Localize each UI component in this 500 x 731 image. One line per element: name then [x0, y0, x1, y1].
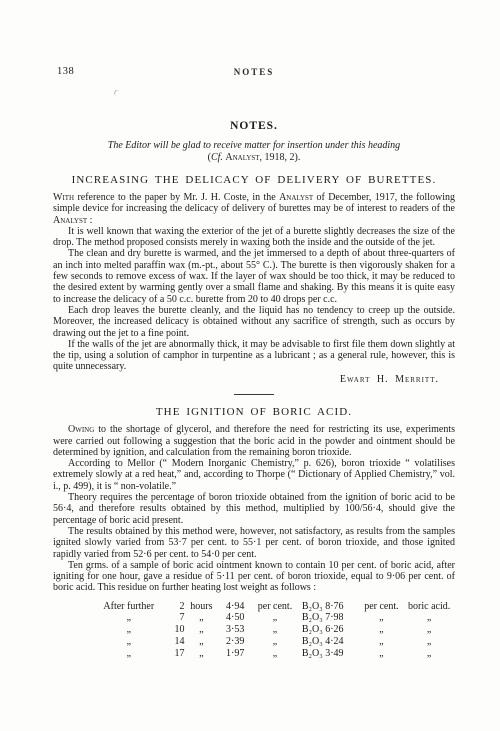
table-cell: „ [252, 612, 298, 624]
table-cell: „ [403, 624, 455, 636]
table-cell: 2·39 [218, 636, 252, 648]
running-title: NOTES [53, 67, 455, 77]
table-cell: 4·94 [218, 601, 252, 613]
table-row: After further 2 hours 4·94 per cent. B₂O… [93, 601, 455, 613]
table-cell: „ [403, 636, 455, 648]
table-cell: „ [360, 624, 404, 636]
paragraph-burettes-1: With reference to the paper by Mr. J. H.… [53, 192, 455, 226]
table-cell: „ [93, 636, 165, 648]
analyst-smallcaps: Analyst [225, 152, 259, 163]
table-cell: „ [93, 612, 165, 624]
paragraph-burettes-5: If the walls of the jet are abnormally t… [53, 339, 455, 373]
table-cell: „ [403, 648, 455, 660]
table-cell: B₂O₃ 4·24 [298, 636, 360, 648]
editor-note: The Editor will be glad to receive matte… [53, 140, 455, 152]
editor-note-citation: (Cf. Analyst, 1918, 2). [53, 152, 455, 164]
section-divider-rule [234, 394, 274, 395]
table-cell: B₂O₃ 6·26 [298, 624, 360, 636]
table-cell: „ [184, 612, 218, 624]
table-cell: 3·53 [218, 624, 252, 636]
table-cell: „ [93, 648, 165, 660]
notes-section-title: NOTES. [53, 120, 455, 132]
paragraph-boric-5: Ten grms. of a sample of boric acid oint… [53, 560, 455, 594]
table-cell: „ [360, 648, 404, 660]
article-heading-boric-acid: THE IGNITION OF BORIC ACID. [53, 406, 455, 418]
table-cell: per cent. [252, 601, 298, 613]
paragraph-burettes-4: Each drop leaves the burette cleanly, an… [53, 305, 455, 339]
scan-artifact [113, 89, 125, 99]
paragraph-boric-3: Theory requires the percentage of boron … [53, 492, 455, 526]
table-cell: 7 [165, 612, 185, 624]
table-cell: „ [252, 624, 298, 636]
paragraph-boric-4: The results obtained by this method were… [53, 526, 455, 560]
table-row: „ 14 „ 2·39 „ B₂O₃ 4·24 „ „ [93, 636, 455, 648]
lead-word: With [53, 192, 74, 203]
table-row: „ 7 „ 4·50 „ B₂O₃ 7·98 „ „ [93, 612, 455, 624]
table-cell: B₂O₃ 3·49 [298, 648, 360, 660]
table-cell: After further [93, 601, 165, 613]
analyst-smallcaps: Analyst [53, 215, 87, 226]
table-cell: per cent. [360, 601, 404, 613]
table-cell: „ [93, 624, 165, 636]
table-cell: „ [360, 636, 404, 648]
table-row: „ 10 „ 3·53 „ B₂O₃ 6·26 „ „ [93, 624, 455, 636]
table-cell: 1·97 [218, 648, 252, 660]
table-cell: „ [184, 624, 218, 636]
paragraph-boric-1: Owing to the shortage of glycerol, and t… [53, 424, 455, 458]
article-heading-burettes: INCREASING THE DELICACY OF DELIVERY OF B… [53, 174, 455, 186]
table-row: „ 17 „ 1·97 „ B₂O₃ 3·49 „ „ [93, 648, 455, 660]
table-cell: „ [360, 612, 404, 624]
table-cell: 2 [165, 601, 185, 613]
table-cell: hours [184, 601, 218, 613]
running-head: 138 NOTES [53, 66, 455, 80]
table-cell: 17 [165, 648, 185, 660]
table-cell: „ [403, 612, 455, 624]
table-cell: „ [184, 636, 218, 648]
author-signature: Ewart H. Merritt. [53, 374, 455, 386]
paragraph-boric-2: According to Mellor (“ Modern Inorganic … [53, 458, 455, 492]
table-cell: 14 [165, 636, 185, 648]
page-content: NOTES. The Editor will be glad to receiv… [53, 120, 455, 659]
table-cell: B₂O₃ 8·76 [298, 601, 360, 613]
table-cell: boric acid. [403, 601, 455, 613]
heating-loss-table: After further 2 hours 4·94 per cent. B₂O… [93, 601, 455, 660]
table-cell: 10 [165, 624, 185, 636]
table-cell: „ [184, 648, 218, 660]
cf-abbrev: Cf. [211, 152, 225, 163]
scanned-journal-page: 138 NOTES NOTES. The Editor will be glad… [0, 0, 500, 731]
table-cell: „ [252, 636, 298, 648]
lead-word: Owing [68, 424, 94, 435]
table-cell: B₂O₃ 7·98 [298, 612, 360, 624]
analyst-smallcaps: Analyst [279, 192, 313, 203]
table-cell: 4·50 [218, 612, 252, 624]
table-cell: „ [252, 648, 298, 660]
paragraph-burettes-3: The clean and dry burette is warmed, and… [53, 248, 455, 304]
paragraph-burettes-2: It is well known that waxing the exterio… [53, 226, 455, 249]
